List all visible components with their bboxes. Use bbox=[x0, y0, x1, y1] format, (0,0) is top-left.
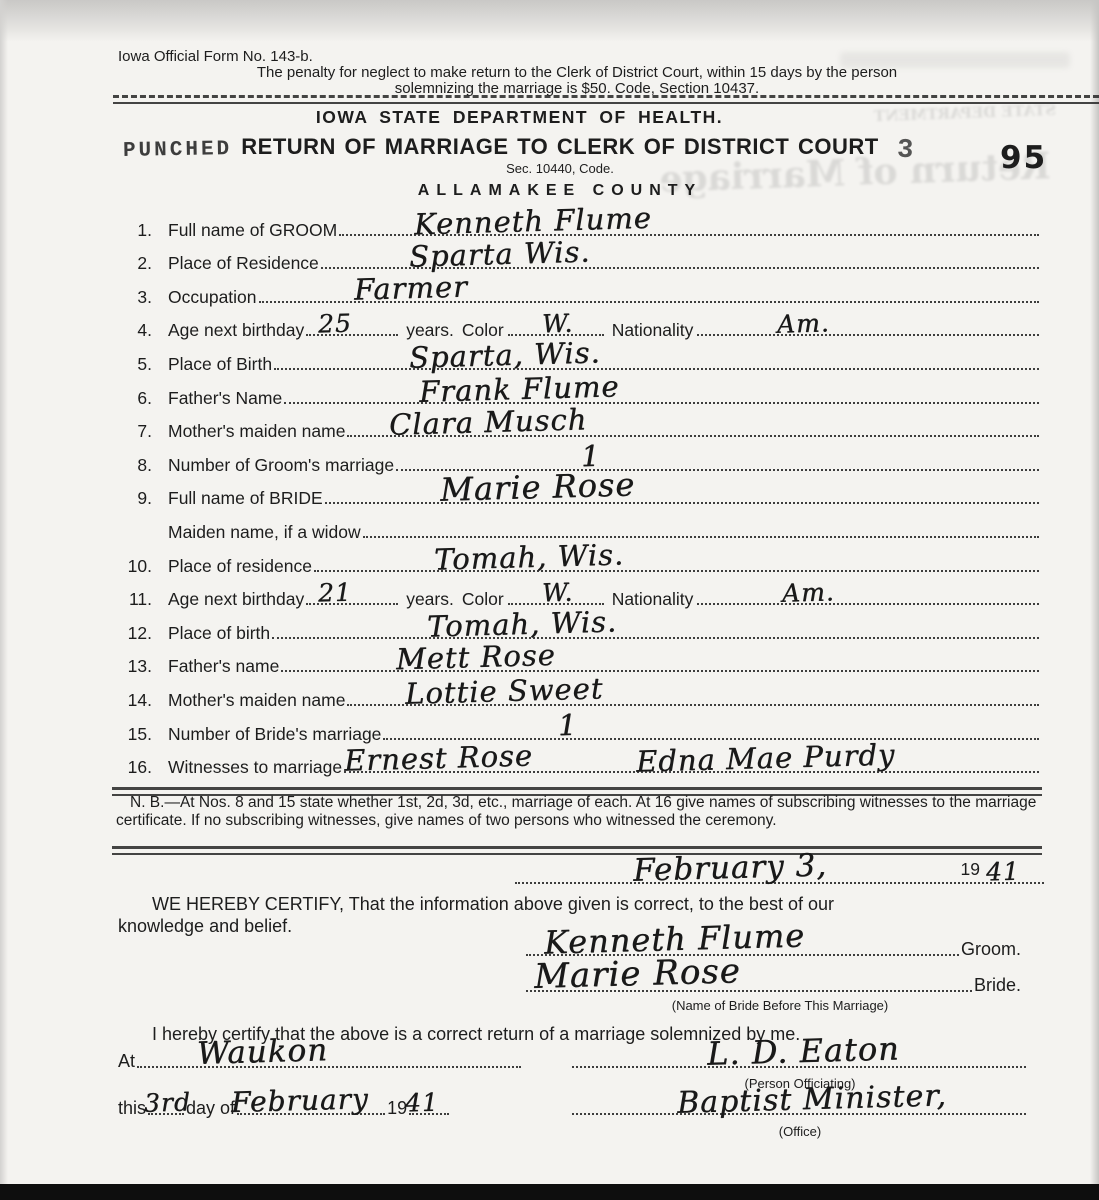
handwritten-color: W. bbox=[541, 309, 573, 339]
field-label: Number of Bride's marriage bbox=[168, 724, 381, 744]
dotted-line: Waukon bbox=[137, 1065, 521, 1068]
handwritten-nationality: Am. bbox=[777, 309, 831, 339]
field-label: Father's Name bbox=[168, 388, 282, 408]
handwritten-value: Lottie Sweet bbox=[405, 671, 604, 711]
field-number: 10. bbox=[116, 556, 152, 576]
handwritten-nationality: Am. bbox=[782, 577, 836, 607]
field-number: 13. bbox=[116, 656, 152, 676]
field-maiden-name: Maiden name, if a widow bbox=[0, 508, 1099, 542]
scan-top-edge bbox=[0, 0, 1099, 42]
field-number: 1. bbox=[116, 220, 152, 240]
handwritten-year: 41 bbox=[405, 1088, 440, 1118]
field-label: Occupation bbox=[168, 287, 257, 307]
field-groom-occupation: 3. Occupation Farmer bbox=[0, 273, 1099, 307]
handwritten-color: W. bbox=[541, 578, 573, 608]
dotted-line: Lottie Sweet bbox=[347, 703, 1039, 706]
handwritten-year: 41 bbox=[986, 857, 1021, 887]
field-number: 11. bbox=[116, 589, 152, 609]
field-groom-age-color-nationality: 4. Age next birthday 25 years. Color W. … bbox=[0, 307, 1099, 341]
field-bride-father: 13. Father's name Mett Rose bbox=[0, 643, 1099, 677]
dotted-line: 3rd bbox=[148, 1112, 184, 1115]
department-title: IOWA STATE DEPARTMENT OF HEALTH. bbox=[0, 107, 1039, 128]
field-label: Place of Birth bbox=[168, 354, 272, 374]
field-label: Maiden name, if a widow bbox=[168, 522, 361, 542]
field-groom-mother: 7. Mother's maiden name Clara Musch bbox=[0, 408, 1099, 442]
field-number: 9. bbox=[116, 488, 152, 508]
dotted-line: Marie Rose bbox=[325, 501, 1039, 504]
years-label: years. bbox=[406, 320, 454, 340]
bride-signature: Marie Rose bbox=[533, 951, 741, 997]
field-number: 4. bbox=[116, 320, 152, 340]
handwritten-value: Tomah, Wis. bbox=[427, 604, 618, 643]
dotted-line: Tomah, Wis. bbox=[272, 636, 1039, 639]
bride-signature-row: Marie Rose Bride. bbox=[524, 962, 1021, 996]
dotted-line: Ernest Rose Edna Mae Purdy bbox=[344, 770, 1039, 773]
certification-date-line: February 3, 19 41 bbox=[513, 854, 1046, 888]
field-bride-age-color-nationality: 11. Age next birthday 21 years. Color W.… bbox=[0, 576, 1099, 610]
printed-year-prefix: 19 bbox=[961, 859, 980, 880]
groom-label: Groom. bbox=[961, 939, 1021, 960]
county-name: ALLAMAKEE COUNTY bbox=[240, 182, 880, 200]
handwritten-age: 25 bbox=[318, 309, 353, 339]
field-bride-marriage-number: 15. Number of Bride's marriage 1 bbox=[0, 710, 1099, 744]
handwritten-value: Kenneth Flume bbox=[414, 200, 653, 241]
field-number: 7. bbox=[116, 421, 152, 441]
field-number: 5. bbox=[116, 354, 152, 374]
dotted-line: Clara Musch bbox=[347, 434, 1039, 437]
field-number: 12. bbox=[116, 623, 152, 643]
header-rule bbox=[113, 95, 1099, 104]
field-label: Mother's maiden name bbox=[168, 421, 345, 441]
years-label: years. bbox=[406, 589, 454, 609]
field-bride-mother: 14. Mother's maiden name Lottie Sweet bbox=[0, 676, 1099, 710]
field-groom-name: 1. Full name of GROOM Kenneth Flume bbox=[0, 206, 1099, 240]
field-label: Number of Groom's marriage bbox=[168, 455, 394, 475]
form-fields: 1. Full name of GROOM Kenneth Flume 2. P… bbox=[0, 206, 1099, 777]
handwritten-date: February 3, bbox=[633, 847, 828, 888]
handwritten-value: Farmer bbox=[353, 269, 468, 306]
color-label: Color bbox=[462, 589, 504, 609]
handwritten-value: Frank Flume bbox=[419, 369, 620, 409]
field-label: Place of residence bbox=[168, 556, 312, 576]
bride-name-note: (Name of Bride Before This Marriage) bbox=[630, 998, 930, 1013]
dotted-line: Farmer bbox=[259, 300, 1039, 303]
field-bride-name: 9. Full name of BRIDE Marie Rose bbox=[0, 475, 1099, 509]
dotted-line: Kenneth Flume bbox=[339, 233, 1039, 236]
punched-stamp: PUNCHED bbox=[123, 138, 233, 163]
field-label: Age next birthday bbox=[168, 589, 304, 609]
field-groom-residence: 2. Place of Residence Sparta Wis. bbox=[0, 240, 1099, 274]
date-row: this 3rd day of February 19 41 bbox=[118, 1084, 523, 1119]
handwritten-value: Sparta Wis. bbox=[408, 235, 590, 274]
officiant-signature: L. D. Eaton bbox=[707, 1029, 901, 1072]
dotted-line bbox=[363, 535, 1039, 538]
form-number: Iowa Official Form No. 143-b. bbox=[118, 48, 313, 65]
field-label: Full name of GROOM bbox=[168, 220, 337, 240]
dotted-line: February bbox=[237, 1112, 385, 1115]
office-row: Baptist Minister, bbox=[570, 1084, 1028, 1119]
field-label: Age next birthday bbox=[168, 320, 304, 340]
dotted-line: 25 bbox=[306, 333, 398, 336]
field-bride-residence: 10. Place of residence Tomah, Wis. bbox=[0, 542, 1099, 576]
field-label: Witnesses to marriage bbox=[168, 757, 342, 777]
field-witnesses: 16. Witnesses to marriage Ernest Rose Ed… bbox=[0, 744, 1099, 778]
field-label: Place of birth bbox=[168, 623, 270, 643]
handwritten-value: Sparta, Wis. bbox=[409, 335, 602, 374]
dotted-line: Baptist Minister, bbox=[572, 1112, 1026, 1115]
handwritten-age: 21 bbox=[318, 578, 353, 608]
dotted-line: Am. bbox=[697, 333, 1039, 336]
field-label: Full name of BRIDE bbox=[168, 488, 323, 508]
day-of-label: day of bbox=[186, 1098, 235, 1119]
officiant-signature-row: L. D. Eaton bbox=[570, 1038, 1028, 1072]
code-reference: Sec. 10440, Code. bbox=[240, 161, 880, 176]
dotted-line: 41 bbox=[409, 1112, 449, 1115]
field-label: Place of Residence bbox=[168, 253, 319, 273]
dotted-line: Sparta, Wis. bbox=[274, 367, 1039, 370]
handwritten-witness-2: Edna Mae Purdy bbox=[636, 737, 896, 778]
field-number: 3. bbox=[116, 287, 152, 307]
dotted-line: Am. bbox=[697, 602, 1039, 605]
dotted-line: 21 bbox=[306, 602, 398, 605]
handwritten-month: February bbox=[231, 1082, 370, 1119]
handwritten-value: 1 bbox=[558, 707, 578, 742]
dotted-line: Sparta Wis. bbox=[321, 266, 1039, 269]
handwritten-value: Clara Musch bbox=[389, 402, 588, 442]
nationality-label: Nationality bbox=[612, 589, 694, 609]
field-number: 14. bbox=[116, 690, 152, 710]
stamp-digit: 3 bbox=[896, 136, 917, 167]
field-groom-birthplace: 5. Place of Birth Sparta, Wis. bbox=[0, 340, 1099, 374]
field-label: Father's name bbox=[168, 656, 279, 676]
handwritten-day: 3rd bbox=[144, 1087, 192, 1117]
field-number: 2. bbox=[116, 253, 152, 273]
field-number: 6. bbox=[116, 388, 152, 408]
penalty-line-1: The penalty for neglect to make return t… bbox=[115, 64, 1039, 81]
page-title: RETURN OF MARRIAGE TO CLERK OF DISTRICT … bbox=[240, 134, 880, 160]
handwritten-office: Baptist Minister, bbox=[677, 1078, 948, 1121]
handwritten-witness-1: Ernest Rose bbox=[344, 738, 534, 777]
this-label: this bbox=[118, 1098, 146, 1119]
field-number: 15. bbox=[116, 724, 152, 744]
at-label: At bbox=[118, 1051, 135, 1072]
dotted-line: February 3, 19 41 bbox=[515, 881, 1044, 884]
field-number: 16. bbox=[116, 757, 152, 777]
certify-line-1: WE HEREBY CERTIFY, That the information … bbox=[152, 894, 834, 915]
signature-line: Marie Rose bbox=[526, 989, 972, 992]
handwritten-value: Mett Rose bbox=[396, 638, 557, 676]
bride-label: Bride. bbox=[974, 975, 1021, 996]
scanned-marriage-return-form: STATE DEPARTMENT Return of Marriage Iowa… bbox=[0, 0, 1099, 1200]
dotted-line: Mett Rose bbox=[281, 669, 1039, 672]
certify-line-2: knowledge and belief. bbox=[118, 916, 292, 937]
scan-bottom-edge bbox=[0, 1184, 1099, 1200]
dotted-line: Tomah, Wis. bbox=[314, 569, 1039, 572]
signature-line: L. D. Eaton bbox=[572, 1065, 1026, 1068]
field-number: 8. bbox=[116, 455, 152, 475]
handwritten-place: Waukon bbox=[197, 1032, 329, 1072]
at-row: At Waukon bbox=[118, 1038, 523, 1072]
nationality-label: Nationality bbox=[612, 320, 694, 340]
page-number-stamp: 95 bbox=[1000, 140, 1047, 176]
handwritten-value: Tomah, Wis. bbox=[434, 537, 625, 576]
dotted-line: Frank Flume bbox=[284, 401, 1039, 404]
handwritten-value: Marie Rose bbox=[439, 466, 635, 509]
nb-note: N. B.—At Nos. 8 and 15 state whether 1st… bbox=[116, 794, 1040, 829]
office-label: (Office) bbox=[700, 1124, 900, 1139]
field-label: Mother's maiden name bbox=[168, 690, 345, 710]
